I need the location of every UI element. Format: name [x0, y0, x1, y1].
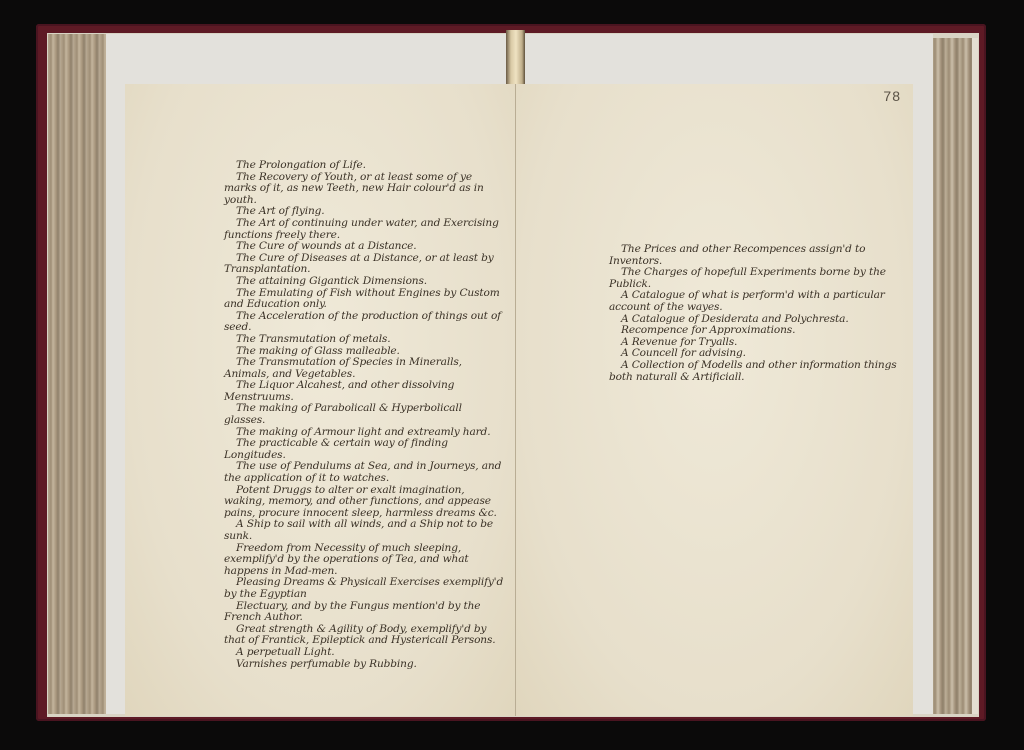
list-item: The Prolongation of Life. — [224, 160, 506, 172]
list-item: Recompence for Approximations. — [609, 325, 905, 337]
list-item: The making of Parabolicall & Hyperbolica… — [224, 403, 506, 426]
list-item: A Collection of Modells and other inform… — [609, 360, 905, 383]
list-item: A Catalogue of what is perform'd with a … — [609, 290, 905, 313]
book-gutter — [506, 30, 525, 84]
right-page-list: The Prices and other Recompences assign'… — [609, 244, 905, 383]
list-item: The practicable & certain way of finding… — [224, 438, 506, 461]
list-item: Pleasing Dreams & Physicall Exercises ex… — [224, 577, 506, 600]
list-item: Varnishes perfumable by Rubbing. — [224, 659, 506, 671]
list-item: A Ship to sail with all winds, and a Shi… — [224, 519, 506, 542]
list-item: The Art of continuing under water, and E… — [224, 218, 506, 241]
list-item: The Prices and other Recompences assign'… — [609, 244, 905, 267]
list-item: The use of Pendulums at Sea, and in Jour… — [224, 461, 506, 484]
right-page: 78 The Prices and other Recompences assi… — [515, 84, 913, 716]
list-item: The Emulating of Fish without Engines by… — [224, 288, 506, 311]
list-item: Potent Druggs to alter or exalt imaginat… — [224, 485, 506, 520]
right-page-edges — [932, 38, 972, 714]
list-item: The Recovery of Youth, or at least some … — [224, 172, 506, 207]
left-page-list: The Prolongation of Life. The Recovery o… — [224, 160, 506, 670]
list-item: The Charges of hopefull Experiments born… — [609, 267, 905, 290]
left-page-edges — [48, 34, 106, 714]
list-item: Great strength & Agility of Body, exempl… — [224, 624, 506, 647]
list-item: Freedom from Necessity of much sleeping,… — [224, 543, 506, 578]
list-item: The Cure of wounds at a Distance. — [224, 241, 506, 253]
list-item: The Transmutation of metals. — [224, 334, 506, 346]
list-item: A perpetuall Light. — [224, 647, 506, 659]
list-item: The Cure of Diseases at a Distance, or a… — [224, 253, 506, 276]
list-item: The Liquor Alcahest, and other dissolvin… — [224, 380, 506, 403]
list-item: The Acceleration of the production of th… — [224, 311, 506, 334]
list-item: Electuary, and by the Fungus mention'd b… — [224, 601, 506, 624]
list-item: The attaining Gigantick Dimensions. — [224, 276, 506, 288]
left-page: The Prolongation of Life. The Recovery o… — [125, 84, 515, 716]
right-flyleaf-edge — [972, 38, 978, 714]
list-item: The Transmutation of Species in Minerall… — [224, 357, 506, 380]
page-number: 78 — [883, 88, 901, 104]
